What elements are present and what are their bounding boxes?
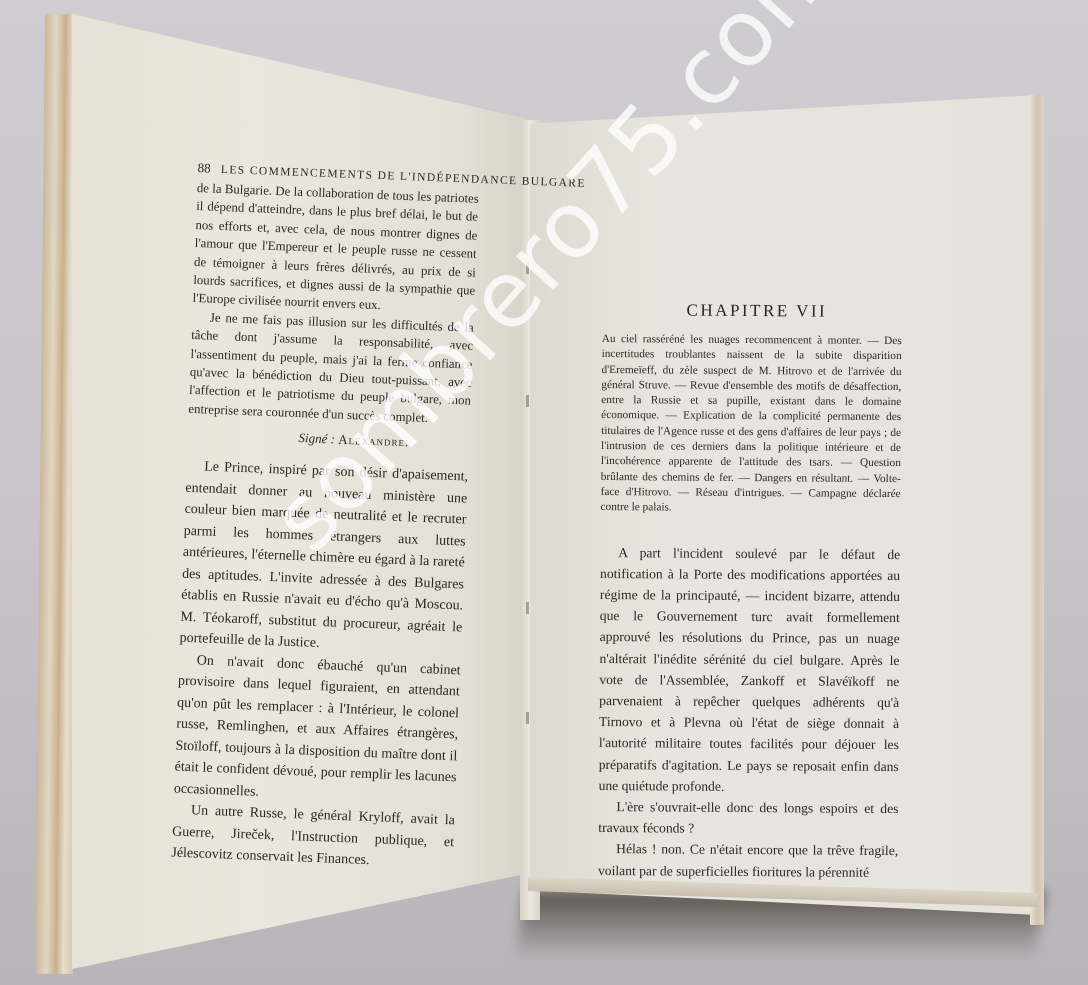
body-paragraph: On n'avait donc ébauché qu'un cabinet pr…	[173, 649, 461, 810]
body-paragraph: Un autre Russe, le général Kryloff, avai…	[171, 800, 455, 875]
body-paragraph: L'ère s'ouvrait-elle donc des longs espo…	[598, 796, 898, 840]
page-number: 88	[197, 160, 211, 175]
chapter-summary: Au ciel rasséréné les nuages recommencen…	[600, 332, 901, 518]
binding-stitch	[526, 712, 529, 724]
binding-stitch	[526, 602, 529, 614]
binding-stitch	[526, 395, 529, 407]
body-paragraph: Hélas ! non. Ce n'était encore que la tr…	[598, 838, 898, 882]
chapter-title: CHAPITRE VII	[612, 300, 902, 322]
right-page-edges	[1030, 95, 1044, 925]
book-photo: 88 LES COMMENCEMENTS DE L'INDÉPENDANCE B…	[0, 0, 1088, 985]
body-paragraph: A part l'incident soulevé par le défaut …	[599, 542, 901, 799]
right-page-text: CHAPITRE VII Au ciel rasséréné les nuage…	[598, 300, 902, 883]
